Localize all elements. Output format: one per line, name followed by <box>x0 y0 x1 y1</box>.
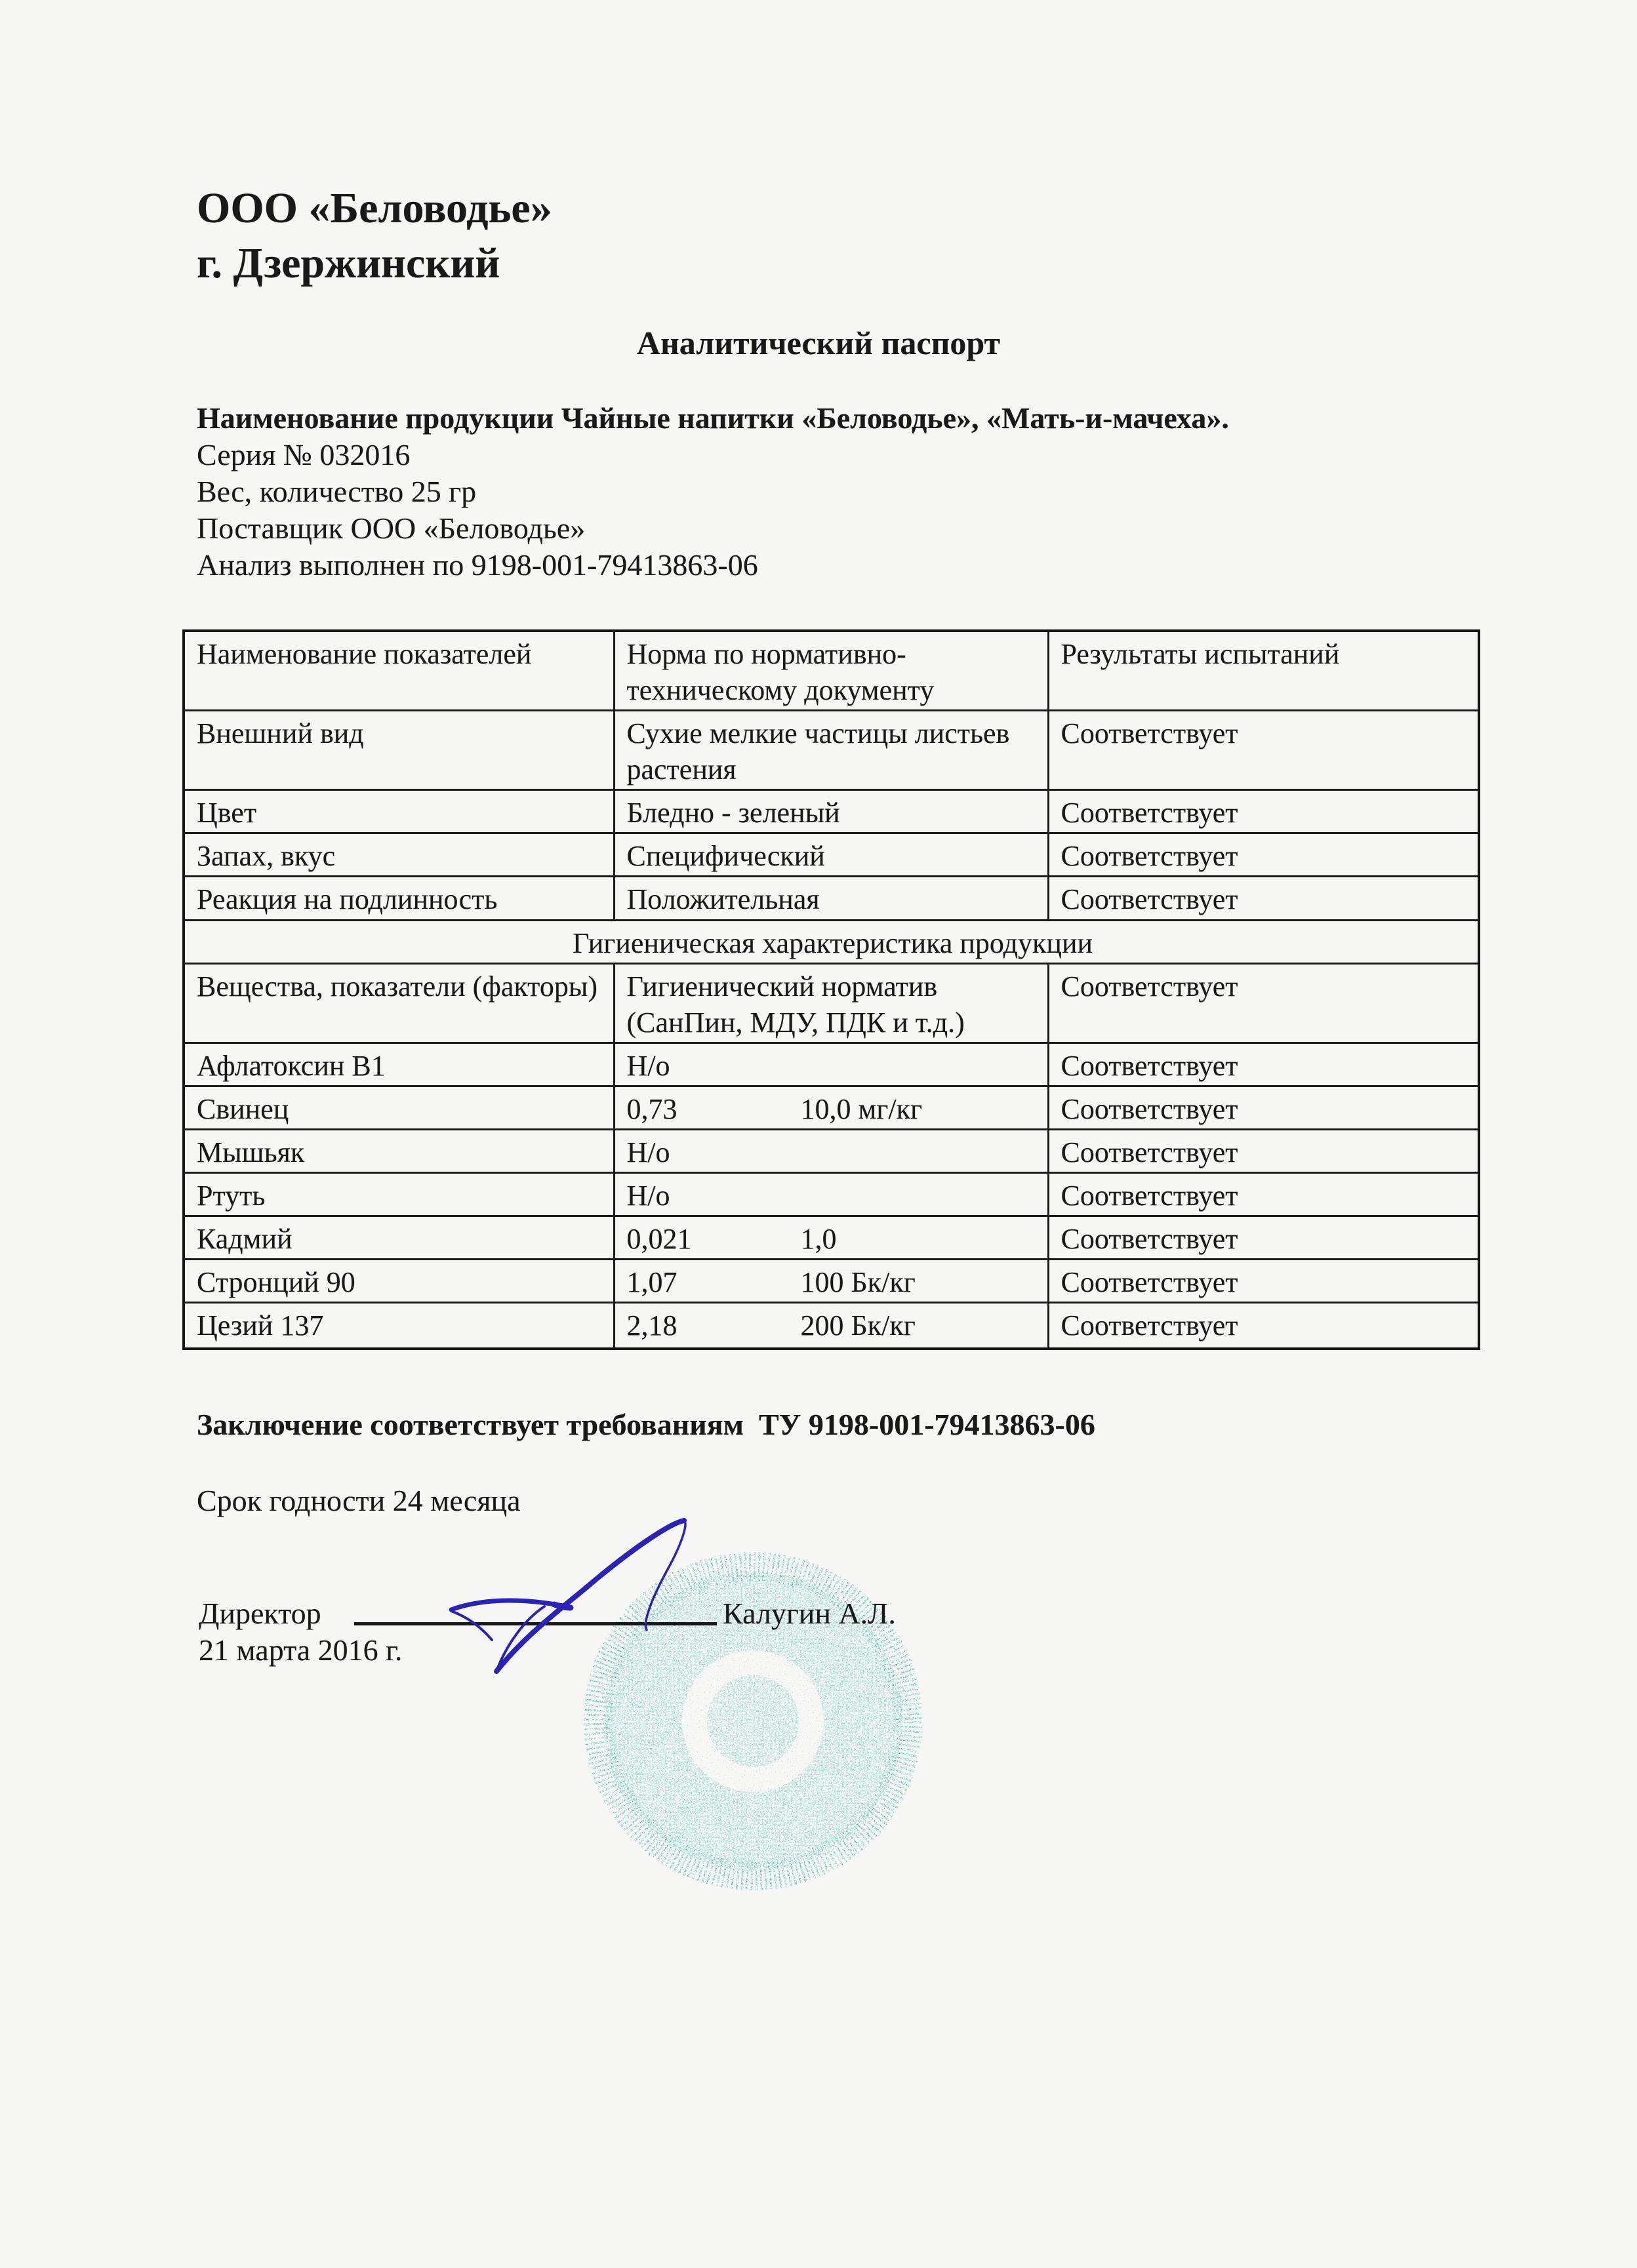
cell-norm: 2,18200 Бк/кг <box>614 1303 1048 1349</box>
cell-norm: Бледно - зеленый <box>614 790 1048 833</box>
measured-value: Н/о <box>627 1048 801 1084</box>
table-row: Мышьяк Н/о Соответствует <box>184 1130 1479 1173</box>
norm-limit: 10,0 мг/кг <box>801 1093 923 1125</box>
cell-norm: Сухие мелкие частицы листьев растения <box>614 711 1048 790</box>
table-row: Запах, вкус Специфический Соответствует <box>184 833 1479 877</box>
cell-norm: 1,07100 Бк/кг <box>614 1260 1048 1303</box>
analysis-line: Анализ выполнен по 9198-001-79413863-06 <box>197 547 1229 584</box>
company-header: ООО «Беловодье» г. Дзержинский <box>197 181 552 291</box>
table-row: Реакция на подлинность Положительная Соо… <box>184 877 1479 921</box>
cell-norm: Специфический <box>614 833 1048 877</box>
table-row: Свинец 0,7310,0 мг/кг Соответствует <box>184 1086 1479 1130</box>
cell-name: Запах, вкус <box>184 833 614 877</box>
table-section-row: Гигиеническая характеристика продукции <box>184 921 1479 964</box>
cell-result: Соответствует <box>1048 1043 1479 1086</box>
cell-norm: Н/о <box>614 1173 1048 1216</box>
measured-value: 2,18 <box>627 1307 801 1343</box>
product-info-block: Наименование продукции Чайные напитки «Б… <box>197 400 1229 584</box>
measured-value: 0,73 <box>627 1091 801 1127</box>
table-header-row: Наименование показателей Норма по нормат… <box>184 631 1479 711</box>
conclusion-line: Заключение соответствует требованиям ТУ … <box>197 1407 1095 1442</box>
results-table: Наименование показателей Норма по нормат… <box>182 629 1480 1350</box>
measured-value: Н/о <box>627 1134 801 1170</box>
cell-result: Соответствует <box>1048 1173 1479 1216</box>
cell-name: Реакция на подлинность <box>184 877 614 921</box>
norm-limit: 100 Бк/кг <box>801 1266 916 1298</box>
cell-result: Соответствует <box>1048 833 1479 877</box>
cell-name: Мышьяк <box>184 1130 614 1173</box>
cell-norm: Н/о <box>614 1043 1048 1086</box>
document-date: 21 марта 2016 г. <box>199 1633 402 1667</box>
director-name: Калугин А.Л. <box>723 1596 896 1631</box>
table-row: Кадмий 0,0211,0 Соответствует <box>184 1216 1479 1260</box>
director-signature-ink <box>426 1505 715 1688</box>
measured-value: 0,021 <box>627 1221 801 1257</box>
cell-norm: 0,7310,0 мг/кг <box>614 1086 1048 1130</box>
measured-value: Н/о <box>627 1178 801 1214</box>
series-line: Серия № 032016 <box>197 437 1229 473</box>
norm-limit: 1,0 <box>801 1223 837 1255</box>
measured-value: 1,07 <box>627 1264 801 1300</box>
cell-result: Соответствует <box>1048 964 1479 1043</box>
table-row: Ртуть Н/о Соответствует <box>184 1173 1479 1216</box>
cell-result: Соответствует <box>1048 1130 1479 1173</box>
company-name: ООО «Беловодье» <box>197 181 552 236</box>
page-title: Аналитический паспорт <box>0 324 1637 362</box>
col-header-indicator: Наименование показателей <box>184 631 614 711</box>
table-row: Внешний вид Сухие мелкие частицы листьев… <box>184 711 1479 790</box>
cell-name: Стронций 90 <box>184 1260 614 1303</box>
cell-result: Соответствует <box>1048 1303 1479 1349</box>
scanned-analytical-passport-page: ООО «Беловодье» г. Дзержинский Аналитиче… <box>0 0 1637 2268</box>
cell-name: Свинец <box>184 1086 614 1130</box>
cell-result: Соответствует <box>1048 877 1479 921</box>
cell-result: Соответствует <box>1048 1216 1479 1260</box>
product-name-line: Наименование продукции Чайные напитки «Б… <box>197 400 1229 437</box>
supplier-line: Поставщик ООО «Беловодье» <box>197 510 1229 547</box>
cell-name: Ртуть <box>184 1173 614 1216</box>
table-row: Стронций 90 1,07100 Бк/кг Соответствует <box>184 1260 1479 1303</box>
cell-result: Соответствует <box>1048 790 1479 833</box>
norm-limit: 200 Бк/кг <box>801 1309 916 1342</box>
company-city: г. Дзержинский <box>197 236 552 291</box>
cell-name: Кадмий <box>184 1216 614 1260</box>
cell-norm: 0,0211,0 <box>614 1216 1048 1260</box>
cell-result: Соответствует <box>1048 711 1479 790</box>
table-row: Афлатоксин В1 Н/о Соответствует <box>184 1043 1479 1086</box>
cell-result: Соответствует <box>1048 1086 1479 1130</box>
table-row: Вещества, показатели (факторы) Гигиениче… <box>184 964 1479 1043</box>
cell-norm: Гигиенический норматив (СанПин, МДУ, ПДК… <box>614 964 1048 1043</box>
cell-result: Соответствует <box>1048 1260 1479 1303</box>
cell-norm: Н/о <box>614 1130 1048 1173</box>
cell-name: Афлатоксин В1 <box>184 1043 614 1086</box>
table-row: Цвет Бледно - зеленый Соответствует <box>184 790 1479 833</box>
table-row: Цезий 137 2,18200 Бк/кг Соответствует <box>184 1303 1479 1349</box>
cell-name: Цвет <box>184 790 614 833</box>
col-header-result: Результаты испытаний <box>1048 631 1479 711</box>
director-label: Директор <box>199 1596 321 1631</box>
col-header-norm: Норма по нормативно-техническому докумен… <box>614 631 1048 711</box>
cell-name: Внешний вид <box>184 711 614 790</box>
cell-name: Цезий 137 <box>184 1303 614 1349</box>
section-header: Гигиеническая характеристика продукции <box>184 921 1479 964</box>
cell-norm: Положительная <box>614 877 1048 921</box>
cell-name: Вещества, показатели (факторы) <box>184 964 614 1043</box>
weight-line: Вес, количество 25 гр <box>197 473 1229 510</box>
